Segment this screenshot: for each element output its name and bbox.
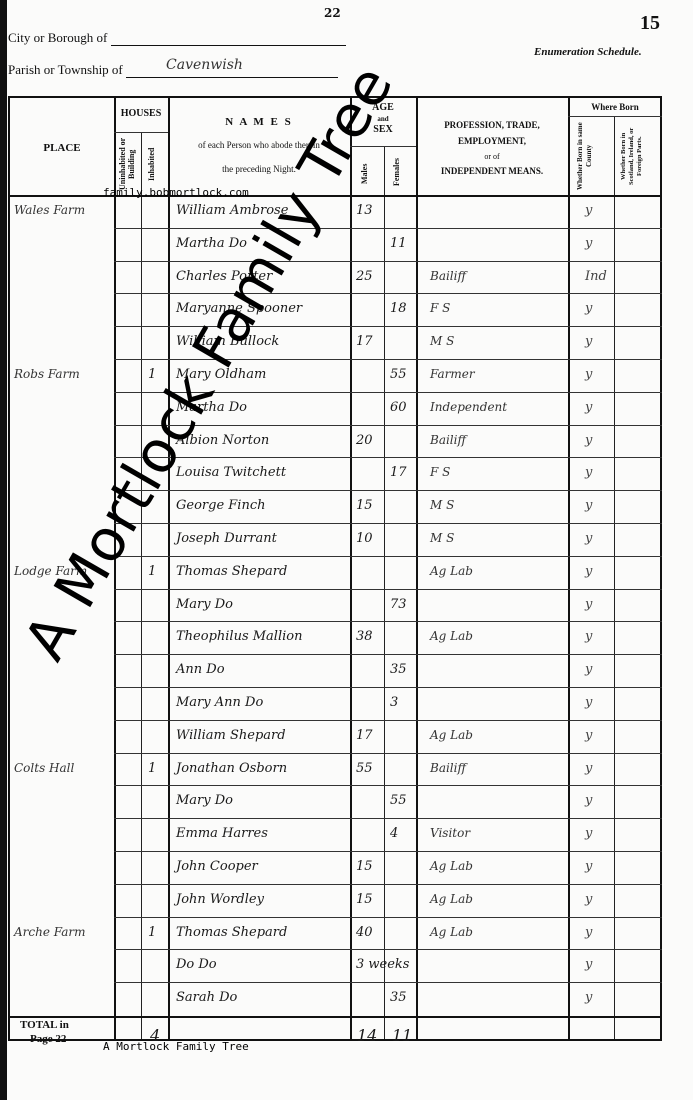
total-label-line2: Page 22 xyxy=(20,1032,69,1046)
males-cell: 40 xyxy=(356,925,373,940)
inhabited-cell: 1 xyxy=(148,564,156,579)
females-cell: 60 xyxy=(390,400,407,415)
occupation-cell: F S xyxy=(430,301,450,315)
inhabited-cell: 1 xyxy=(148,925,156,940)
total-females: 11 xyxy=(392,1026,412,1045)
header-prof4: INDEPENDENT MEANS. xyxy=(416,166,568,176)
females-cell: 73 xyxy=(390,597,407,612)
col-divider xyxy=(384,146,385,1039)
males-cell: 3 weeks xyxy=(356,957,409,972)
name-cell: Ann Do xyxy=(176,662,225,677)
females-cell: 3 xyxy=(390,695,398,710)
header-prof3: or of xyxy=(416,152,568,161)
born-county-cell: y xyxy=(585,990,592,1005)
header-houses: HOUSES xyxy=(114,108,168,119)
occupation-cell: Ag Lab xyxy=(430,892,473,906)
occupation-cell: Bailiff xyxy=(430,761,466,775)
name-cell: John Cooper xyxy=(176,859,258,874)
row-rule xyxy=(114,720,662,721)
city-field xyxy=(111,31,346,46)
header-rule xyxy=(568,116,662,117)
col-divider xyxy=(416,98,418,1039)
total-label: TOTAL in Page 22 xyxy=(20,1018,69,1046)
place-cell: Wales Farm xyxy=(14,203,85,217)
name-cell: Mary Do xyxy=(176,597,233,612)
born-county-cell: y xyxy=(585,400,592,415)
header-born-foreign: Whether Born in Scotland, Ireland, or Fo… xyxy=(620,120,656,192)
born-county-cell: y xyxy=(585,301,592,316)
name-cell: George Finch xyxy=(176,498,265,513)
row-rule xyxy=(114,293,662,294)
row-rule xyxy=(114,687,662,688)
born-county-cell: y xyxy=(585,826,592,841)
row-rule xyxy=(114,818,662,819)
occupation-cell: F S xyxy=(430,465,450,479)
parish-value: Cavenwish xyxy=(166,57,243,73)
occupation-cell: M S xyxy=(430,498,454,512)
born-county-cell: y xyxy=(585,957,592,972)
females-cell: 18 xyxy=(390,301,407,316)
header-inhabited: Inhabited xyxy=(147,136,163,192)
males-cell: 55 xyxy=(356,761,373,776)
city-label: City or Borough of xyxy=(8,30,107,45)
parish-label: Parish or Township of xyxy=(8,62,123,77)
females-cell: 35 xyxy=(390,990,407,1005)
col-divider xyxy=(141,132,142,1039)
row-rule xyxy=(114,589,662,590)
females-cell: 55 xyxy=(390,367,407,382)
inhabited-cell: 1 xyxy=(148,761,156,776)
born-county-cell: y xyxy=(585,433,592,448)
occupation-cell: Ag Lab xyxy=(430,728,473,742)
page-number-top: 22 xyxy=(324,6,341,20)
place-cell: Arche Farm xyxy=(14,925,86,939)
row-rule xyxy=(114,785,662,786)
occupation-cell: Independent xyxy=(430,400,507,414)
header-born-county: Whether Born in same County xyxy=(576,120,606,192)
header-place: PLACE xyxy=(10,142,114,154)
born-county-cell: y xyxy=(585,367,592,382)
row-rule xyxy=(114,621,662,622)
col-divider xyxy=(614,116,615,1039)
total-rule xyxy=(10,1016,662,1018)
occupation-cell: M S xyxy=(430,334,454,348)
row-rule xyxy=(114,982,662,983)
header-females: Females xyxy=(392,152,408,192)
inhabited-cell: 1 xyxy=(148,367,156,382)
females-cell: 4 xyxy=(390,826,398,841)
name-cell: Joseph Durrant xyxy=(176,531,277,546)
schedule-label: Enumeration Schedule. xyxy=(534,46,642,58)
name-cell: Jonathan Osborn xyxy=(176,761,287,776)
born-county-cell: y xyxy=(585,925,592,940)
born-county-cell: y xyxy=(585,564,592,579)
born-county-cell: Ind xyxy=(585,269,607,284)
col-divider xyxy=(168,98,170,1039)
males-cell: 13 xyxy=(356,203,373,218)
header-rule xyxy=(114,132,168,133)
city-line: City or Borough of xyxy=(8,30,346,46)
born-county-cell: y xyxy=(585,465,592,480)
row-rule xyxy=(114,490,662,491)
total-males: 14 xyxy=(357,1026,377,1045)
parish-line: Parish or Township of Cavenwish xyxy=(8,62,338,78)
name-cell: Louisa Twitchett xyxy=(176,465,286,480)
col-divider xyxy=(350,98,352,1039)
born-county-cell: y xyxy=(585,334,592,349)
males-cell: 17 xyxy=(356,334,373,349)
males-cell: 15 xyxy=(356,892,373,907)
occupation-cell: Ag Lab xyxy=(430,564,473,578)
females-cell: 11 xyxy=(390,236,407,251)
occupation-cell: Bailiff xyxy=(430,269,466,283)
name-cell: John Wordley xyxy=(176,892,264,907)
born-county-cell: y xyxy=(585,498,592,513)
born-county-cell: y xyxy=(585,695,592,710)
born-county-cell: y xyxy=(585,203,592,218)
row-rule xyxy=(114,556,662,557)
born-county-cell: y xyxy=(585,531,592,546)
row-rule xyxy=(114,654,662,655)
name-cell: Mary Do xyxy=(176,793,233,808)
name-cell: Thomas Shepard xyxy=(176,925,287,940)
row-rule xyxy=(114,949,662,950)
total-label-line1: TOTAL in xyxy=(20,1018,69,1032)
row-rule xyxy=(114,753,662,754)
watermark-footer: A Mortlock Family Tree xyxy=(103,1040,249,1053)
born-county-cell: y xyxy=(585,728,592,743)
name-cell: Mary Ann Do xyxy=(176,695,263,710)
females-cell: 35 xyxy=(390,662,407,677)
males-cell: 20 xyxy=(356,433,373,448)
row-rule xyxy=(114,523,662,524)
header-prof2: EMPLOYMENT, xyxy=(416,136,568,146)
row-rule xyxy=(114,917,662,918)
born-county-cell: y xyxy=(585,629,592,644)
occupation-cell: Ag Lab xyxy=(430,859,473,873)
females-cell: 55 xyxy=(390,793,407,808)
name-cell: Sarah Do xyxy=(176,990,237,1005)
page-number-right: 15 xyxy=(640,12,660,35)
males-cell: 25 xyxy=(356,269,373,284)
scan-edge xyxy=(0,0,7,1100)
name-cell: Theophilus Mallion xyxy=(176,629,302,644)
name-cell: Thomas Shepard xyxy=(176,564,287,579)
males-cell: 15 xyxy=(356,859,373,874)
row-rule xyxy=(114,884,662,885)
header-where-born: Where Born xyxy=(568,102,662,112)
row-rule xyxy=(114,228,662,229)
parish-field: Cavenwish xyxy=(126,63,338,78)
born-county-cell: y xyxy=(585,793,592,808)
row-rule xyxy=(114,851,662,852)
males-cell: 17 xyxy=(356,728,373,743)
born-county-cell: y xyxy=(585,892,592,907)
males-cell: 15 xyxy=(356,498,373,513)
occupation-cell: Ag Lab xyxy=(430,629,473,643)
occupation-cell: Visitor xyxy=(430,826,470,840)
name-cell: Emma Harres xyxy=(176,826,268,841)
born-county-cell: y xyxy=(585,859,592,874)
col-divider xyxy=(568,98,570,1039)
name-cell: William Shepard xyxy=(176,728,286,743)
born-county-cell: y xyxy=(585,761,592,776)
row-rule xyxy=(114,457,662,458)
occupation-cell: Ag Lab xyxy=(430,925,473,939)
born-county-cell: y xyxy=(585,597,592,612)
occupation-cell: Farmer xyxy=(430,367,475,381)
occupation-cell: Bailiff xyxy=(430,433,466,447)
header-uninhabited: Uninhabited or Building xyxy=(118,136,138,192)
name-cell: Do Do xyxy=(176,957,217,972)
row-rule xyxy=(114,261,662,262)
header-prof1: PROFESSION, TRADE, xyxy=(416,120,568,130)
place-cell: Colts Hall xyxy=(14,761,74,775)
males-cell: 10 xyxy=(356,531,373,546)
occupation-cell: M S xyxy=(430,531,454,545)
watermark-url: family.bobmortlock.com xyxy=(103,186,249,199)
females-cell: 17 xyxy=(390,465,407,480)
males-cell: 38 xyxy=(356,629,373,644)
born-county-cell: y xyxy=(585,662,592,677)
born-county-cell: y xyxy=(585,236,592,251)
place-cell: Robs Farm xyxy=(14,367,80,381)
